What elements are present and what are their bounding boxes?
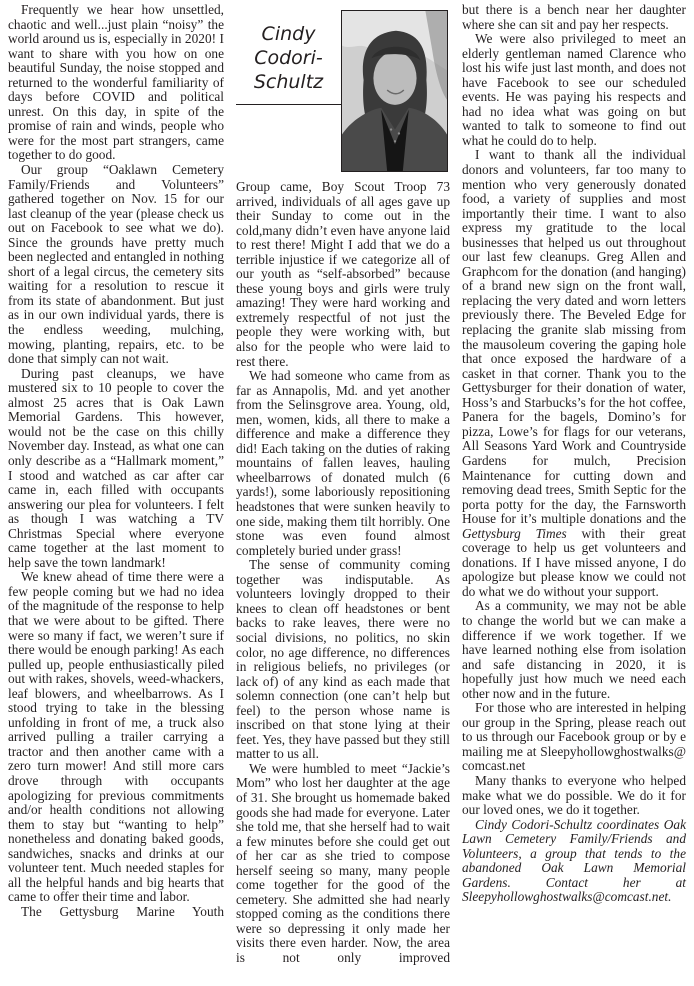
paragraph: The Gettysburg Marine Youth — [8, 905, 224, 920]
paragraph: but there is a bench near her daughter w… — [462, 3, 686, 32]
author-byline: Cindy Codori- Schultz — [236, 10, 450, 174]
author-name-line: Schultz — [236, 70, 341, 94]
article-column-1: Frequently we hear how unsettled, chaoti… — [8, 3, 224, 919]
byline-rule — [236, 104, 342, 105]
paragraph: We were also privileged to meet an elder… — [462, 32, 686, 148]
paragraph: Group came, Boy Scout Troop 73 arrived, … — [236, 180, 450, 369]
portrait-image-icon — [342, 11, 447, 171]
paragraph: Frequently we hear how unsettled, chaoti… — [8, 3, 224, 163]
author-name: Cindy Codori- Schultz — [236, 22, 341, 94]
paragraph: During past cleanups, we have mustered s… — [8, 367, 224, 571]
paragraph: The sense of community coming together w… — [236, 558, 450, 762]
author-name-line: Cindy — [236, 22, 341, 46]
author-photo — [341, 10, 448, 172]
paragraph: As a community, we may not be able to ch… — [462, 599, 686, 701]
paragraph: We had someone who came from as far as A… — [236, 369, 450, 558]
author-tagline: Cindy Codori-Schultz coordinates Oak Law… — [462, 818, 686, 905]
article-column-3: but there is a bench near her daughter w… — [462, 3, 686, 905]
article-column-2: Group came, Boy Scout Troop 73 arrived, … — [236, 180, 450, 966]
paragraph: Our group “Oaklawn Cemetery Family/Frien… — [8, 163, 224, 367]
thanks-text: I want to thank all the individual donor… — [462, 147, 686, 526]
paragraph: Many thanks to everyone who helped make … — [462, 774, 686, 818]
newspaper-name: Gettysburg Times — [462, 526, 567, 541]
paragraph: For those who are interested in helping … — [462, 701, 686, 774]
author-name-line: Codori- — [236, 46, 341, 70]
paragraph: We were humbled to meet “Jackie’s Mom” w… — [236, 762, 450, 966]
paragraph: I want to thank all the individual donor… — [462, 148, 686, 599]
paragraph: We knew ahead of time there were a few p… — [8, 570, 224, 905]
